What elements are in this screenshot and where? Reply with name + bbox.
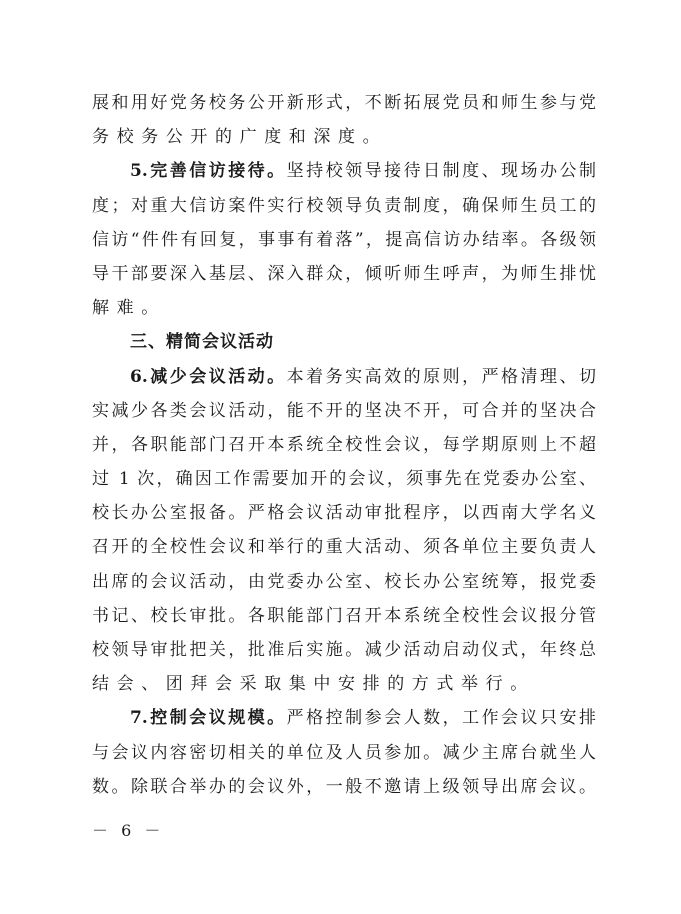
item-text: 严格控制参会人数，工作会议只安排 <box>287 708 596 728</box>
section-heading: 三、精简会议活动 <box>92 325 596 359</box>
document-page: 展和用好党务校务公开新形式，不断拓展党员和师生参与党 务校务公开的广度和深度。 … <box>0 0 681 914</box>
paragraph-line: 解难。 <box>92 291 596 325</box>
item-title: 6.减少会议活动。 <box>130 367 287 387</box>
paragraph-line: 实减少各类会议活动，能不开的坚决不开，可合并的坚决合 <box>92 394 596 428</box>
paragraph-line: 书记、校长审批。各职能部门召开本系统全校性会议报分管 <box>92 599 596 633</box>
paragraph-line: 展和用好党务校务公开新形式，不断拓展党员和师生参与党 <box>92 86 596 120</box>
document-body: 展和用好党务校务公开新形式，不断拓展党员和师生参与党 务校务公开的广度和深度。 … <box>92 86 596 804</box>
item-text: 坚持校领导接待日制度、现场办公制 <box>287 161 596 181</box>
paragraph-line: 数。除联合举办的会议外，一般不邀请上级领导出席会议。 <box>92 770 596 804</box>
paragraph-line: 出席的会议活动，由党委办公室、校长办公室统筹，报党委 <box>92 565 596 599</box>
paragraph-line: 5.完善信访接待。坚持校领导接待日制度、现场办公制 <box>92 154 596 188</box>
paragraph-line: 并，各职能部门召开本系统全校性会议，每学期原则上不超 <box>92 428 596 462</box>
paragraph-line: 务校务公开的广度和深度。 <box>92 120 596 154</box>
paragraph-line: 召开的全校性会议和举行的重大活动、须各单位主要负责人 <box>92 530 596 564</box>
paragraph-line: 度；对重大信访案件实行校领导负责制度，确保师生员工的 <box>92 189 596 223</box>
paragraph-line: 6.减少会议活动。本着务实高效的原则，严格清理、切 <box>92 360 596 394</box>
page-number: － 6 － <box>92 818 164 841</box>
item-title: 5.完善信访接待。 <box>130 161 287 181</box>
paragraph-line: 校长办公室报备。严格会议活动审批程序，以西南大学名义 <box>92 496 596 530</box>
paragraph-line: 结会、团拜会采取集中安排的方式举行。 <box>92 667 596 701</box>
paragraph-line: 校领导审批把关，批准后实施。减少活动启动仪式，年终总 <box>92 633 596 667</box>
paragraph-line: 导干部要深入基层、深入群众，倾听师生呼声，为师生排忧 <box>92 257 596 291</box>
item-text: 本着务实高效的原则，严格清理、切 <box>287 367 596 387</box>
paragraph-line: 7.控制会议规模。严格控制参会人数，工作会议只安排 <box>92 701 596 735</box>
item-title: 7.控制会议规模。 <box>130 708 287 728</box>
paragraph-line: 过 1 次，确因工作需要加开的会议，须事先在党委办公室、 <box>92 462 596 496</box>
paragraph-line: 信访“件件有回复，事事有着落”，提高信访办结率。各级领 <box>92 223 596 257</box>
paragraph-line: 与会议内容密切相关的单位及人员参加。减少主席台就坐人 <box>92 736 596 770</box>
